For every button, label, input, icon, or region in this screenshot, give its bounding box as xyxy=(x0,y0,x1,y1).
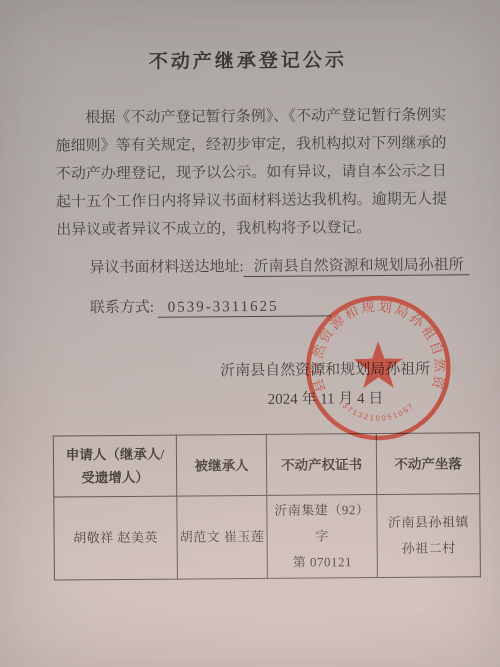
cell-decedent: 胡范文 崔玉莲 xyxy=(177,495,268,579)
notice-body-paragraph: 根据《不动产登记暂行条例》、《不动产登记暂行条例实施细则》等有关规定，经初步审定… xyxy=(55,101,447,244)
header-applicant: 申请人（继承人/ 受遗增人） xyxy=(53,435,176,497)
contact-line: 联系方式: 0539-3311625 xyxy=(90,290,500,324)
cell-certificate: 沂南集建（92）字 第 070121 xyxy=(267,495,378,579)
table-header-row: 申请人（继承人/ 受遗增人） 被继承人 不动产权证书 不动产坐落 xyxy=(53,433,479,497)
contact-value: 0539-3311625 xyxy=(158,298,331,317)
header-decedent: 被继承人 xyxy=(176,434,266,496)
header-applicant-line2: 受遗增人） xyxy=(56,466,174,490)
issue-date: 2024 年 11 月 4 日 xyxy=(205,384,445,415)
cell-applicant: 胡敬祥 赵美英 xyxy=(54,496,178,580)
photographed-notice-page: { "document": { "title": "不动产继承登记公示", "b… xyxy=(0,0,500,667)
table-row: 胡敬祥 赵美英 胡范文 崔玉莲 沂南集建（92）字 第 070121 沂南县孙祖… xyxy=(54,494,481,580)
header-applicant-line1: 申请人（继承人/ xyxy=(56,443,174,467)
cell-certificate-line2: 第 070121 xyxy=(270,549,375,576)
notice-sheet: 不动产继承登记公示 根据《不动产登记暂行条例》、《不动产登记暂行条例实施细则》等… xyxy=(0,0,500,667)
inheritance-table: 申请人（继承人/ 受遗增人） 被继承人 不动产权证书 不动产坐落 胡敬祥 赵美英… xyxy=(53,432,481,580)
address-label: 异议书面材料送达地址: xyxy=(89,259,243,276)
header-certificate: 不动产权证书 xyxy=(266,434,376,496)
address-line: 异议书面材料送达地址:沂南县自然资源和规划局孙祖所 xyxy=(89,250,499,284)
cell-location: 沂南县孙祖镇 孙祖二村 xyxy=(377,494,481,578)
page-title: 不动产继承登记公示 xyxy=(0,44,498,75)
cell-certificate-line1: 沂南集建（92）字 xyxy=(269,497,374,550)
contact-label: 联系方式: xyxy=(90,300,154,317)
cell-location-line1: 沂南县孙祖镇 xyxy=(379,509,477,536)
signature-block: 沂南县自然资源和规划局孙祖所 2024 年 11 月 4 日 xyxy=(205,355,445,415)
cell-location-line2: 孙祖二村 xyxy=(380,535,478,562)
header-location: 不动产坐落 xyxy=(376,433,479,495)
address-value: 沂南县自然资源和规划局孙祖所 xyxy=(244,257,470,277)
issuer-name: 沂南县自然资源和规划局孙祖所 xyxy=(205,355,445,386)
